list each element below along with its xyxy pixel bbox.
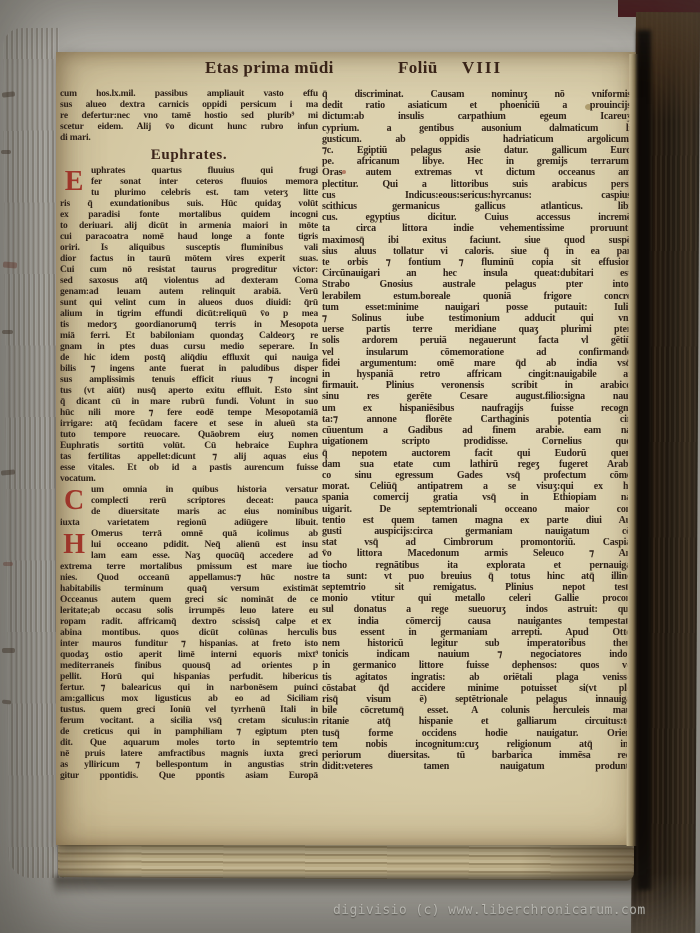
text-line: ex india cōmercij causa nauigantes tempe… (322, 616, 631, 627)
marginalia-mark (2, 330, 13, 334)
text-line: periorum diuersitas. tū barbarica immēsa… (322, 750, 631, 761)
text-line: uigationem scripto prodidisse. Cornelius… (322, 436, 631, 447)
text-line: di mari. (60, 133, 318, 144)
digitization-watermark: digivisio (c) www.liberchronicarum.com (333, 903, 646, 918)
text-line: tonicis indicam nauium ⁊ negociatores in… (322, 649, 631, 660)
text-line: am:gallicus mox ligusticus ab eo ad Sici… (60, 694, 318, 705)
text-line: fer sonat inter ceteros fluuios memora (91, 177, 318, 188)
text-line: q̄ nepotem auctorem facit qui Eudorū que… (322, 448, 631, 459)
text-line: de creticus qui in pamphiliam ⁊ egiptum … (60, 727, 318, 738)
text-line: ta circa littora indie vehementissime pr… (322, 223, 631, 234)
text-line: nem historicū legitur sub imperatoribus … (322, 638, 631, 649)
text-line: Cui cum nō resistat taurus progreditur v… (60, 265, 318, 276)
text-line: cum hos.lx.mil. passibus ampliauit vasto… (60, 89, 318, 100)
text-line: tem nobis incognitum:cuʒ religionum atq̄… (322, 739, 631, 750)
text-line: tas fertilitas appellet:dicunt ⁊ alij aq… (60, 452, 318, 463)
text-line: abina montibus. quos dicūt colūnas hercu… (60, 628, 318, 639)
text-line: maximosq̄ ibi exitus faciunt. siue quod … (322, 235, 631, 246)
text-line: v̄o littora Macedonum armis Seleuco ⁊ An (322, 548, 631, 559)
text-line: ris q̄ exundationibus suis. Hūc quidaʒ v… (60, 199, 318, 210)
text-line: plectitur. Qui a littoribus suis arabicu… (322, 179, 631, 190)
gutter-shadow (637, 30, 651, 890)
rubricated-initial: E (60, 167, 88, 197)
text-line: uphrates quartus fluuius qui frugi (91, 166, 318, 177)
text-line: ⁊c. Egiptiū pelagus asie datur. gallicum… (322, 145, 631, 156)
marginalia-mark (3, 562, 13, 566)
text-line: vel insularum cōmemoratione ad confirman… (322, 347, 631, 358)
text-line: ropam radit. affricamq̄ dextro scissisq̄… (60, 617, 318, 628)
text-line: monio vtitur qui metallo celeri Gallie p… (322, 593, 631, 604)
text-line: scetur eidem. Alij v̄o dicunt hunc rubro… (60, 122, 318, 133)
text-line: Circūnauigari an hec insula queat:dubita… (322, 268, 631, 279)
text-line: cūuentum a Gadibus ad finem arabie. eam … (322, 425, 631, 436)
text-line: pe. africanum libye. Hec in gremijs terr… (322, 156, 631, 167)
text-line: lui occeano pdidit. Neq̄ alienū est insu (91, 540, 318, 551)
left-text-column: cum hos.lx.mil. passibus ampliauit vasto… (60, 89, 318, 782)
text-line: sed saxosus atq̄ violentus ad dexteram C… (60, 276, 318, 287)
text-line: esse vitales. Et ob id a pastis aurencum… (60, 463, 318, 474)
text-line: tusq̄ forme occidens hodie nauigatur. Or… (322, 728, 631, 739)
text-line: cus. egyptius dicitur. Cuius accessus in… (322, 212, 631, 223)
text-line: cus Indicus:eous:sericus:hyrcanus: caspi… (322, 190, 631, 201)
text-line: didit:veteres tamen nauigatum produnt. (322, 761, 631, 772)
text-line: alium in tigrim effundi dicūt:reliquū v̄… (60, 309, 318, 320)
text-line: cōstabat q̄d accidere minime potuisset s… (322, 683, 631, 694)
marginalia-mark (2, 700, 11, 705)
text-line: bilis ⁊ ingens ante fuerat in paludibus … (60, 364, 318, 375)
text-line: extrema terre mortalibus pmissum est mar… (60, 562, 318, 573)
text-line: pellit. Horū qui hispanias perfudit. hib… (60, 672, 318, 683)
text-line: inter mauros funditur ⁊ hispanias. at fr… (60, 639, 318, 650)
text-line: solis ardorem peruiā negauerunt facta vl… (322, 335, 631, 346)
text-line: Omerus terrā omnē quā icolimus ab (91, 529, 318, 540)
text-line: vocatum. (60, 474, 318, 485)
text-line: co sinu egressum Gades vsq̄ profectum cō… (322, 470, 631, 481)
text-line: as ylliricum ⁊ bellespontum in angustias… (60, 760, 318, 771)
text-line: dictum:ab insulis carpathium egeum Icare… (322, 111, 631, 122)
text-line: bus essent in germaniam arrepti. Apud Ot… (322, 627, 631, 638)
text-line: nies. Quod occeanū appellamus:⁊ hūc nost… (60, 573, 318, 584)
text-line: gusticum. ab oppidis hadriaticum argolic… (322, 134, 631, 145)
text-line: ritanie atq̄ hispanie et galliarum circu… (322, 716, 631, 727)
text-line: dit. Que aquarum moles torto in septemtr… (60, 738, 318, 749)
text-line: tu plurimo celebris est. tam veterʒ litt… (91, 188, 318, 199)
marginalia-mark (2, 648, 15, 653)
text-line: um omnia in quibus historia versatur (91, 485, 318, 496)
text-line: in hyspaniā retro affricam cingit:nauiga… (322, 369, 631, 380)
text-line: fertur. ⁊ balearicus qui in narbonēsem p… (60, 683, 318, 694)
text-line: tis agitatos ingratis: ab oriētali plaga… (322, 672, 631, 683)
text-line: in germanico littore fuisse dephensos: q… (322, 660, 631, 671)
text-line: to deriuari. alij dicūt in armenia maior… (60, 221, 318, 232)
text-line: sul donatus a rege sueuoruʒ indos astrui… (322, 604, 631, 615)
paragraph-euphrates: E uphrates quartus fluuius qui frugifer … (60, 166, 318, 485)
rubricated-initial: C (60, 486, 88, 516)
text-line: fidei argumentum: omē mare q̄d ab india … (322, 358, 631, 369)
text-line: iuxta varietatem regionū adiūgere libuit… (60, 518, 318, 529)
text-line: leritate;ab occasu solis irrumpēs leuo l… (60, 606, 318, 617)
text-line: miā ferri. Et babiloniam quondaʒ Caldeor… (60, 331, 318, 342)
text-line: gitur ppontidis. Que ppontis asiam Europ… (60, 771, 318, 782)
text-line: te orbis ⁊ fontium ⁊ fluminū copia sit e… (322, 257, 631, 268)
photo-scene: Etas prima mūdi Foliū VIII cum hos.lx.mi… (0, 0, 700, 933)
text-line: bile cōcretumq̄ esset. A colunis hercule… (322, 705, 631, 716)
text-line: cui paracoatra nomē haud longe a fonte t… (60, 232, 318, 243)
text-line: cyprium. a gentibus ausonium dalmaticum … (322, 123, 631, 134)
text-line: Oras autem extremas vt dictum occeanus a… (322, 167, 631, 178)
text-line: lam eam esse. Naʒ quocūq̄ accedere ad (91, 551, 318, 562)
text-line: habitabilis terminum quaq̄ versum existi… (60, 584, 318, 595)
text-line: quodaʒ ostio aperit limē interni equoris… (60, 650, 318, 661)
bottom-page-edges (58, 841, 634, 881)
text-line: scithicus germanicus gallicus atlanticus… (322, 201, 631, 212)
text-line: spania comercij gratia vsq̄ in Ethiopiam… (322, 492, 631, 503)
continuation-paragraph: cum hos.lx.mil. passibus ampliauit vasto… (60, 89, 318, 144)
text-line: sunt qui velint cum in alueos duos diuid… (60, 298, 318, 309)
text-line: sius aluus tollatur vi caloris. siue q̄ … (322, 246, 631, 257)
paragraph-homerus: H Omerus terrā omnē quā icolimus ablui o… (60, 529, 318, 782)
text-line: gusti auspicijs:circa germaniam nauigatu… (322, 526, 631, 537)
text-line: irrigare: atq̄ fecūdam facere et sese in… (60, 419, 318, 430)
folio-number: VIII (462, 58, 502, 78)
text-line: ta sunt: vt puo breuius q̄ totus hinc at… (322, 571, 631, 582)
text-line: um ex hispaniēsibus naufragijs fuisse re… (322, 403, 631, 414)
marginalia-mark (3, 262, 17, 269)
folio-label: Foliū (398, 58, 438, 78)
paragraph-cum-omnia: C um omnia in quibus historia versaturco… (60, 485, 318, 529)
text-line: q̄ discriminat. Causam nominuʒ nō vnifor… (322, 89, 631, 100)
text-line: tustus. quem greci Ioniū vel tyrrhenū It… (60, 705, 318, 716)
text-line: sinu res gerēte Cesare august.filio:sign… (322, 391, 631, 402)
text-line: ta:⁊ annone florēte Carthaginis potentia… (322, 414, 631, 425)
rubricated-initial: H (60, 530, 88, 560)
right-text-column: q̄ discriminat. Causam nominuʒ nō vnifor… (322, 89, 631, 772)
text-line: de diuersitate maris ac eius nominibus (91, 507, 318, 518)
manuscript-page: Etas prima mūdi Foliū VIII cum hos.lx.mi… (56, 52, 636, 845)
text-line: tuto tempore reuocare. Quāobrem eiuʒ nom… (60, 430, 318, 441)
text-line: sus alueo dextra carnicis oppidi persicu… (60, 100, 318, 111)
text-line: septemtrio sit remigatus. Plinius nepot … (322, 582, 631, 593)
text-line: oriri. Is aliquibus susceptis fluminibus… (60, 243, 318, 254)
text-line: dior factus in taurū mōtem vires experit… (60, 254, 318, 265)
text-line: lerabilem estum.boreale quoniā frigore c… (322, 291, 631, 302)
text-line: tus (vt aiūt) nusq̄ aperto exitu effluit… (60, 386, 318, 397)
text-line: genam:ad leuam autem relinquit arabiā. V… (60, 287, 318, 298)
text-line: mediterraneis finibus quousq̄ ad oriente… (60, 661, 318, 672)
text-line: hūc nili more ⁊ fere eodē tempe Mesopota… (60, 408, 318, 419)
text-line: risq̄ visum ē) septētrionale pelagus inn… (322, 694, 631, 705)
text-line: dam sua etate cum lathirū regeʒ fugeret … (322, 459, 631, 470)
text-line: tiocho regnātibus ita explorata et perna… (322, 560, 631, 571)
text-line: re defertur:nec vno tamē hostio sed plur… (60, 111, 318, 122)
chapter-heading: Euphrates. (60, 146, 318, 164)
text-line: tis medorʒ goordianorumq̄ terris in Meso… (60, 320, 318, 331)
text-line: firmauit. Plinius veronensis scribit in … (322, 380, 631, 391)
text-line: ferum vocitant. a sicilia vsq̄ cretam si… (60, 716, 318, 727)
text-line: Strabo Gnosius australe pelagus pter int… (322, 279, 631, 290)
text-line: stat vsq̄ ad Cimbrorum promontoriū. Casp… (322, 537, 631, 548)
text-line: tum esset:minime nauigari posse putauit:… (322, 302, 631, 313)
right-column-text: q̄ discriminat. Causam nominuʒ nō vnifor… (322, 89, 631, 772)
marginalia-mark (1, 150, 11, 154)
text-line: Euphratis sortitū volūt. Cū hebraice Eup… (60, 441, 318, 452)
text-line: morat. Celiūq̄ antipatrem a se visuʒ:qui… (322, 481, 631, 492)
text-line: q̄ dicant cū in mare rubrū fundi. Volunt… (60, 397, 318, 408)
text-line: complecti rerū scriptores deceat: pauca (91, 496, 318, 507)
text-line: tentio est quem tamen magna ex parte diu… (322, 515, 631, 526)
text-line: nē pruis latere amfractibus magnis iuxta… (60, 749, 318, 760)
era-title: Etas prima mūdi (205, 58, 334, 78)
text-line: sus amplissimis tenuis efficit riuus ⁊ i… (60, 375, 318, 386)
text-line: ex paradisi fonte mortalibus quidem inco… (60, 210, 318, 221)
text-line: dedit ratio asiaticum et phoeniciū a pro… (322, 100, 631, 111)
text-line: de hic idem postq̄ aliq̄diu effluxit qui… (60, 353, 318, 364)
page-shadow (54, 876, 644, 896)
running-header: Etas prima mūdi Foliū VIII (56, 58, 636, 82)
text-line: uerse partis terre meridiane quaʒ plurim… (322, 324, 631, 335)
text-line: gnam in ptes duas cursu medio seperare. … (60, 342, 318, 353)
text-line: uigarit. De septemtrionali occeano maior… (322, 504, 631, 515)
text-line: Occeanus autem quem greci sic nomināt de… (60, 595, 318, 606)
text-line: ⁊ Solinus iube testimonium adducit qui v… (322, 313, 631, 324)
